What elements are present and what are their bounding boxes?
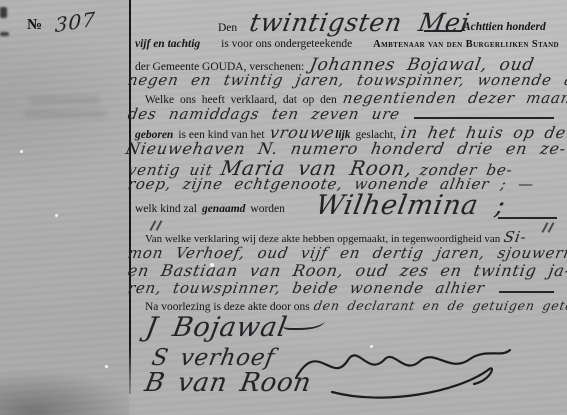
child-name-label-italic: genaamd [202,203,245,215]
paper-speck [105,365,108,368]
form-line6: des namiddags ten zeven ure [128,105,558,123]
form-line2-printed: is voor ons ondergeteekende [221,38,352,50]
form-line15: ren, touwspinner, beide wonende alhier [128,279,558,297]
fill-rule [414,117,554,119]
form-line4: negen en twintig jaren, touwspinner, won… [128,71,567,89]
form-line14: en Bastiaan van Roon, oud zes en twintig… [128,261,567,280]
witness1-details-handwritten: mon Verhoef, oud vijf en dertig jaren, s… [126,244,567,262]
registrar-title-printed: Ambtenaar van den Burgerlijken Stand [373,39,559,50]
margin-divider-line [129,0,131,394]
registrar-signature-flourish [290,330,515,405]
form-line1-year-printed: Achttien honderd [463,21,546,33]
paper-speck [370,345,373,348]
fill-dash [498,217,557,219]
paper-speck [210,263,214,267]
act-number-symbol: № [27,17,42,34]
birth-time-handwritten: des namiddags ten zeven ure [126,105,401,123]
fill-rule [499,291,554,293]
scan-edge-mark [0,7,7,18]
form-line2: vijf en tachtig is voor ons ondergeteeke… [135,38,559,50]
child-name-label-b: worden [250,203,285,215]
closing-handwritten: den declarant en de getuigen geteekend [312,298,567,313]
scanned-birth-record: № 307 Den twintigsten Mei Achttien honde… [0,0,567,415]
form-line16: Na voorlezing is deze akte door ons den … [145,298,567,313]
paper-speck [20,150,23,153]
signature-witness2: B van Roon [142,368,313,398]
witness2-details-handwritten: en Bastiaan van Roon, oud zes en twintig… [126,261,567,280]
pen-flourish [540,222,556,233]
form-line13: mon Verhoef, oud vijf en dertig jaren, s… [128,244,567,262]
signature-tail [283,314,325,330]
left-margin [0,0,129,415]
paper-speck [55,214,58,217]
form-line11-printed-group: welk kind zal genaamd worden [135,203,285,215]
form-line1-printed: Den [218,22,237,34]
child-name-label-a: welk kind zal [135,203,197,215]
year-italic-printed: vijf en tachtig [135,38,200,50]
entry-date-handwritten: twintigsten Mei [247,8,472,37]
scan-edge-mark [0,32,9,36]
declarant-details-handwritten: negen en twintig jaren, touwspinner, won… [126,71,567,89]
bleed-through-mark [30,96,100,104]
fill-dash [424,30,462,32]
witnesses-residence-handwritten: ren, touwspinner, beide wonende alhier [126,279,486,297]
bleed-through-mark [24,110,106,118]
child-name-handwritten: Wilhelmina ; [313,190,508,221]
